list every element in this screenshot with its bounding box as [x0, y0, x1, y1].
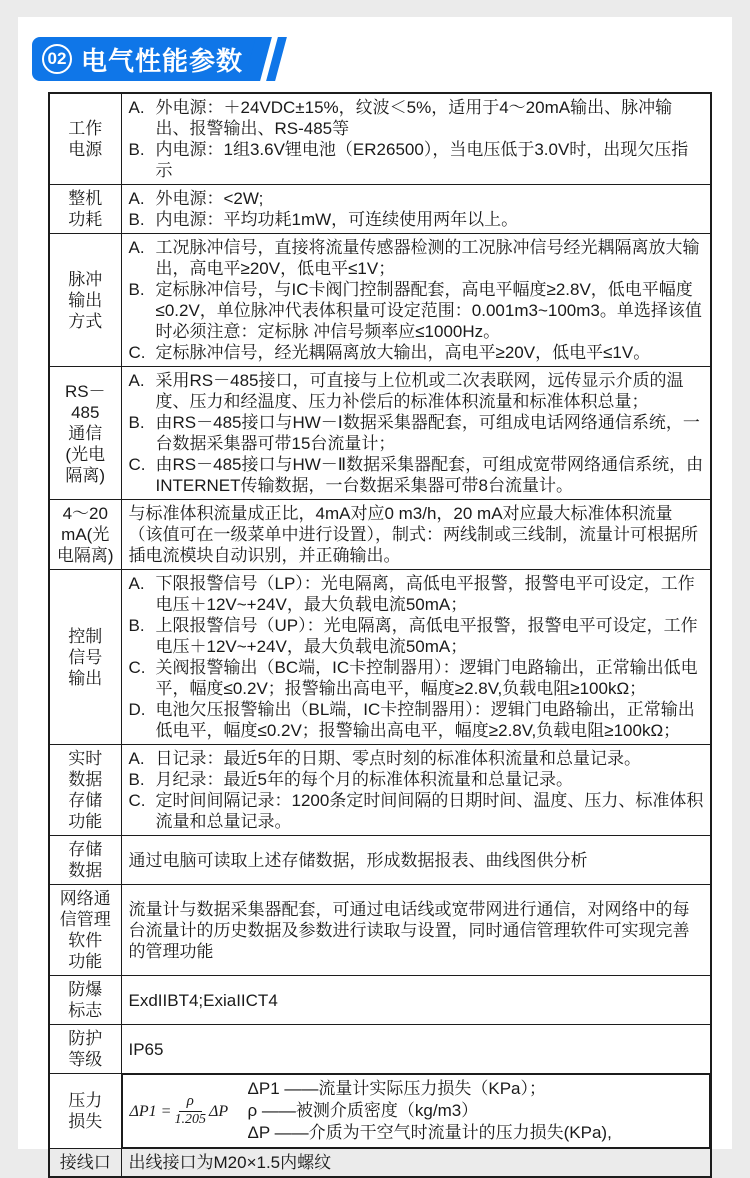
row-content-cell: 与标准体积流量成正比，4mA对应0 m3/h，20 mA对应最大标准体积流量（该… — [121, 500, 711, 570]
row-label-cell: 脉冲输出方式 — [49, 234, 121, 367]
row-label-line: 电隔离) — [51, 545, 120, 566]
row-label-line: mA(光 — [51, 524, 120, 545]
row-label-line: 控制 — [51, 626, 120, 647]
formula-fraction: ρ1.205 — [174, 1094, 206, 1127]
row-label-line: 功能 — [51, 811, 120, 832]
row-label-cell: 存储数据 — [49, 836, 121, 885]
row-content-cell: IP65 — [121, 1025, 711, 1074]
row-content-cell: 流量计与数据采集器配套，可通过电话线或宽带网进行通信，对网络中的每台流量计的历史… — [121, 885, 711, 976]
row-label-line: 通信 — [51, 423, 120, 444]
row-label-line: 标志 — [51, 1000, 120, 1021]
row-label-cell: 工作电源 — [49, 93, 121, 185]
item-letter: B. — [129, 615, 156, 636]
item-text: 定标脉冲信号，与IC卡阀门控制器配套，高电平幅度≥2.8V，低电平幅度≤0.2V… — [156, 279, 706, 342]
row-label-line: 信号 — [51, 647, 120, 668]
item-letter: C. — [129, 454, 156, 475]
row-label-line: 功耗 — [51, 209, 120, 230]
row-content-cell: ExdIIBT4;ExiaIICT4 — [121, 976, 711, 1025]
lettered-item: C.定标脉冲信号，经光耦隔离放大输出，高电平≥20V，低电平≤1V。 — [129, 342, 706, 363]
item-letter: B. — [129, 769, 156, 790]
row-label-line: RS－ — [51, 381, 120, 402]
lettered-item: A.下限报警信号（LP）：光电隔离，高低电平报警，报警电平可设定，工作电压＋12… — [129, 573, 706, 615]
row-paragraph: 通过电脑可读取上述存储数据，形成数据报表、曲线图供分析 — [129, 850, 706, 871]
table-row: 存储数据通过电脑可读取上述存储数据，形成数据报表、曲线图供分析 — [49, 836, 711, 885]
lettered-item: B.上限报警信号（UP）：光电隔离，高低电平报警，报警电平可设定，工作电压＋12… — [129, 615, 706, 657]
row-paragraph: IP65 — [129, 1039, 706, 1060]
lettered-item: D.电池欠压报警输出（BL端，IC卡控制器用）：逻辑门电路输出，正常输出低电平，… — [129, 699, 706, 741]
row-label-line: 功能 — [51, 951, 120, 972]
item-letter: A. — [129, 237, 156, 258]
table-row: 4～20mA(光电隔离)与标准体积流量成正比，4mA对应0 m3/h，20 mA… — [49, 500, 711, 570]
row-label-cell: 压力损失 — [49, 1074, 121, 1149]
content-card: 02 电气性能参数 工作电源A.外电源：＋24VDC±15%，纹波＜5%，适用于… — [18, 17, 732, 1149]
formula-definition-line: ΔP ——介质为干空气时流量计的压力损失(KPa), — [248, 1122, 705, 1144]
item-text: 上限报警信号（UP）：光电隔离，高低电平报警，报警电平可设定，工作电压＋12V~… — [156, 615, 706, 657]
row-label-line: 存储 — [51, 839, 120, 860]
item-text: 内电源：1组3.6V锂电池（ER26500），当电压低于3.0V时，出现欠压指示 — [156, 139, 706, 181]
row-content-cell: A.外电源：＋24VDC±15%，纹波＜5%，适用于4～20mA输出、脉冲输出、… — [121, 93, 711, 185]
row-label-cell: 防爆标志 — [49, 976, 121, 1025]
pressure-loss-formula: ΔP1 =ρ1.205ΔP — [130, 1094, 248, 1127]
item-text: 月纪录：最近5年的每个月的标准体积流量和总量记录。 — [156, 769, 706, 790]
item-letter: A. — [129, 97, 156, 118]
formula-definition-line: ΔP1 ——流量计实际压力损失（KPa）； — [248, 1078, 705, 1100]
row-label-line: 数据 — [51, 860, 120, 881]
row-label-cell: 网络通信管理软件功能 — [49, 885, 121, 976]
row-label-line: 脉冲 — [51, 269, 120, 290]
row-label-line: (光电 — [51, 444, 120, 465]
lettered-item: A.外电源：<2W; — [129, 188, 706, 209]
item-letter: B. — [129, 209, 156, 230]
table-row: 防爆标志ExdIIBT4;ExiaIICT4 — [49, 976, 711, 1025]
lettered-item: B.内电源：1组3.6V锂电池（ER26500），当电压低于3.0V时，出现欠压… — [129, 139, 706, 181]
formula-lhs: ΔP1 = — [130, 1101, 172, 1122]
row-content-cell: A.采用RS－485接口，可直接与上位机或二次表联网，远传显示介质的温度、压力和… — [121, 367, 711, 500]
item-letter: C. — [129, 657, 156, 678]
row-content-cell: ΔP1 =ρ1.205ΔPΔP1 ——流量计实际压力损失（KPa）；ρ ——被测… — [122, 1074, 711, 1148]
table-row: 工作电源A.外电源：＋24VDC±15%，纹波＜5%，适用于4～20mA输出、脉… — [49, 93, 711, 185]
formula-numerator: ρ — [179, 1094, 202, 1112]
electrical-spec-table: 工作电源A.外电源：＋24VDC±15%，纹波＜5%，适用于4～20mA输出、脉… — [48, 92, 712, 1149]
row-label-line: 实时 — [51, 748, 120, 769]
row-label-line: 损失 — [51, 1111, 120, 1132]
row-label-line: 电源 — [51, 139, 120, 160]
section-header-banner: 02 电气性能参数 — [32, 37, 259, 81]
table-row: RS－485通信(光电隔离)A.采用RS－485接口，可直接与上位机或二次表联网… — [49, 367, 711, 500]
item-letter: B. — [129, 139, 156, 160]
row-label-line: 压力 — [51, 1090, 120, 1111]
formula-rhs: ΔP — [209, 1101, 228, 1122]
row-label-line: 防护 — [51, 1028, 120, 1049]
lettered-item: C.定时间间隔记录：1200条定时间间隔的日期时间、温度、压力、标准体积流量和总… — [129, 790, 706, 832]
lettered-item: B.月纪录：最近5年的每个月的标准体积流量和总量记录。 — [129, 769, 706, 790]
row-label-line: 防爆 — [51, 979, 120, 1000]
row-label-cell: 防护等级 — [49, 1025, 121, 1074]
row-label-line: 输出 — [51, 290, 120, 311]
table-row: 脉冲输出方式A.工况脉冲信号，直接将流量传感器检测的工况脉冲信号经光耦隔离放大输… — [49, 234, 711, 367]
row-label-line: 信管理 — [51, 909, 120, 930]
lettered-item: A.日记录：最近5年的日期、零点时刻的标准体积流量和总量记录。 — [129, 748, 706, 769]
row-content-cell: A.外电源：<2W;B.内电源：平均功耗1mW，可连续使用两年以上。 — [121, 185, 711, 234]
row-label-cell: 实时数据存储功能 — [49, 745, 121, 836]
row-label-line: 输出 — [51, 668, 120, 689]
spec-table-body: 工作电源A.外电源：＋24VDC±15%，纹波＜5%，适用于4～20mA输出、脉… — [49, 93, 711, 1149]
table-row: 实时数据存储功能A.日记录：最近5年的日期、零点时刻的标准体积流量和总量记录。B… — [49, 745, 711, 836]
row-label-line: 隔离) — [51, 465, 120, 486]
row-label-line: 网络通 — [51, 888, 120, 909]
item-letter: D. — [129, 699, 156, 720]
formula-definition-line: ρ ——被测介质密度（kg/m3） — [248, 1100, 705, 1122]
lettered-item: C.由RS－485接口与HW－Ⅱ数据采集器配套，可组成宽带网络通信系统，由INT… — [129, 454, 706, 496]
row-content-cell: 通过电脑可读取上述存储数据，形成数据报表、曲线图供分析 — [121, 836, 711, 885]
row-label-line: 数据 — [51, 769, 120, 790]
row-label-cell: 控制信号输出 — [49, 570, 121, 745]
item-text: 关阀报警输出（BC端，IC卡控制器用）：逻辑门电路输出，正常输出低电平，幅度≤0… — [156, 657, 706, 699]
table-row: 防护等级IP65 — [49, 1025, 711, 1074]
item-text: 由RS－485接口与HW－Ⅱ数据采集器配套，可组成宽带网络通信系统，由INTER… — [156, 454, 706, 496]
row-label-line: 等级 — [51, 1049, 120, 1070]
lettered-item: B.内电源：平均功耗1mW，可连续使用两年以上。 — [129, 209, 706, 230]
row-label-cell: 4～20mA(光电隔离) — [49, 500, 121, 570]
section-number: 02 — [48, 49, 67, 69]
formula-definitions: ΔP1 ——流量计实际压力损失（KPa）；ρ ——被测介质密度（kg/m3）ΔP… — [248, 1078, 705, 1144]
formula-denominator: 1.205 — [174, 1112, 206, 1128]
item-letter: A. — [129, 370, 156, 391]
lettered-item: A.工况脉冲信号，直接将流量传感器检测的工况脉冲信号经光耦隔离放大输出，高电平≥… — [129, 237, 706, 279]
item-letter: C. — [129, 790, 156, 811]
table-row: 网络通信管理软件功能流量计与数据采集器配套，可通过电话线或宽带网进行通信，对网络… — [49, 885, 711, 976]
item-letter: A. — [129, 573, 156, 594]
row-paragraph: 流量计与数据采集器配套，可通过电话线或宽带网进行通信，对网络中的每台流量计的历史… — [129, 899, 706, 962]
section-title: 电气性能参数 — [81, 41, 243, 78]
item-text: 定标脉冲信号，经光耦隔离放大输出，高电平≥20V，低电平≤1V。 — [156, 342, 706, 363]
row-content-cell: A.日记录：最近5年的日期、零点时刻的标准体积流量和总量记录。B.月纪录：最近5… — [121, 745, 711, 836]
item-text: 外电源：<2W; — [156, 188, 706, 209]
item-text: 定时间间隔记录：1200条定时间间隔的日期时间、温度、压力、标准体积流量和总量记… — [156, 790, 706, 832]
item-text: 电池欠压报警输出（BL端，IC卡控制器用）：逻辑门电路输出，正常输出低电平，幅度… — [156, 699, 706, 741]
lettered-item: C.关阀报警输出（BC端，IC卡控制器用）：逻辑门电路输出，正常输出低电平，幅度… — [129, 657, 706, 699]
row-label-line: 485 — [51, 402, 120, 423]
row-label-line: 4～20 — [51, 503, 120, 524]
item-text: 由RS－485接口与HW－Ⅰ数据采集器配套，可组成电话网络通信系统，一台数据采集… — [156, 412, 706, 454]
row-label-cell: RS－485通信(光电隔离) — [49, 367, 121, 500]
item-text: 工况脉冲信号，直接将流量传感器检测的工况脉冲信号经光耦隔离放大输出，高电平≥20… — [156, 237, 706, 279]
table-row: 控制信号输出A.下限报警信号（LP）：光电隔离，高低电平报警，报警电平可设定，工… — [49, 570, 711, 745]
row-paragraph: 与标准体积流量成正比，4mA对应0 m3/h，20 mA对应最大标准体积流量（该… — [129, 503, 706, 566]
row-label-line: 存储 — [51, 790, 120, 811]
item-text: 下限报警信号（LP）：光电隔离，高低电平报警，报警电平可设定，工作电压＋12V~… — [156, 573, 706, 615]
row-label-line: 软件 — [51, 930, 120, 951]
item-text: 内电源：平均功耗1mW，可连续使用两年以上。 — [156, 209, 706, 230]
row-label-line: 整机 — [51, 188, 120, 209]
table-row: 压力损失ΔP1 =ρ1.205ΔPΔP1 ——流量计实际压力损失（KPa）；ρ … — [49, 1074, 711, 1149]
item-text: 外电源：＋24VDC±15%，纹波＜5%，适用于4～20mA输出、脉冲输出、报警… — [156, 97, 706, 139]
table-row: 整机功耗A.外电源：<2W;B.内电源：平均功耗1mW，可连续使用两年以上。 — [49, 185, 711, 234]
row-label-line: 方式 — [51, 311, 120, 332]
item-letter: A. — [129, 748, 156, 769]
lettered-item: B.由RS－485接口与HW－Ⅰ数据采集器配套，可组成电话网络通信系统，一台数据… — [129, 412, 706, 454]
lettered-item: B.定标脉冲信号，与IC卡阀门控制器配套，高电平幅度≥2.8V，低电平幅度≤0.… — [129, 279, 706, 342]
section-number-circle: 02 — [42, 44, 72, 74]
row-label-line: 工作 — [51, 118, 120, 139]
row-content-cell: A.工况脉冲信号，直接将流量传感器检测的工况脉冲信号经光耦隔离放大输出，高电平≥… — [121, 234, 711, 367]
item-letter: C. — [129, 342, 156, 363]
row-paragraph: ExdIIBT4;ExiaIICT4 — [129, 990, 706, 1011]
item-letter: B. — [129, 279, 156, 300]
item-text: 采用RS－485接口，可直接与上位机或二次表联网，远传显示介质的温度、压力和经温… — [156, 370, 706, 412]
item-text: 日记录：最近5年的日期、零点时刻的标准体积流量和总量记录。 — [156, 748, 706, 769]
item-letter: A. — [129, 188, 156, 209]
item-letter: B. — [129, 412, 156, 433]
lettered-item: A.外电源：＋24VDC±15%，纹波＜5%，适用于4～20mA输出、脉冲输出、… — [129, 97, 706, 139]
row-content-cell: A.下限报警信号（LP）：光电隔离，高低电平报警，报警电平可设定，工作电压＋12… — [121, 570, 711, 745]
lettered-item: A.采用RS－485接口，可直接与上位机或二次表联网，远传显示介质的温度、压力和… — [129, 370, 706, 412]
row-label-cell: 整机功耗 — [49, 185, 121, 234]
section-header: 02 电气性能参数 — [32, 37, 259, 81]
